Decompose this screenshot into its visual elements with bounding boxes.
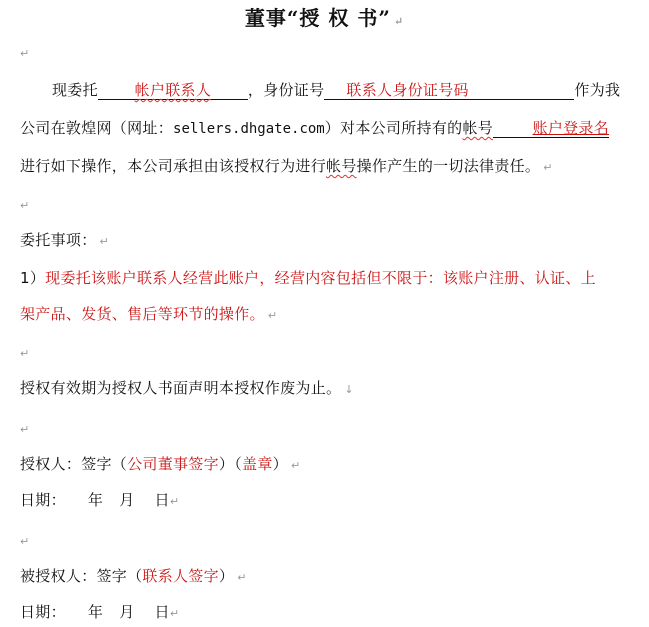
matters-item-line-1: 1）现委托该账户联系人经营此账户，经营内容包括但不限于：该账户注册、认证、上 [20,268,596,288]
grantor-date-line: 日期：年月日↵ [20,490,179,512]
paragraph-mark-icon: ↵ [543,161,553,174]
paragraph-mark-icon: ↵ [20,47,30,60]
grantor-signature-field[interactable]: 公司董事签字 [127,455,219,473]
grantee-date-line: 日期：年月日↵ [20,602,179,624]
text: 现委托该账户联系人经营此账户，经营内容包括但不限于：该账户注册、认证、上 [45,269,596,287]
year-field[interactable]: 年 [88,603,103,621]
matters-heading: 委托事项：↵ [20,230,109,252]
paragraph-mark-icon: ↵ [170,607,180,620]
text: 授权人：签字（ [20,455,127,473]
account-name-field[interactable]: 账户登录名 [493,119,609,138]
matters-item-line-2: 架产品、发货、售后等环节的操作。↵ [20,304,277,326]
text: 帐号 [326,157,357,175]
month-field[interactable]: 月 [119,603,134,621]
paragraph-mark-icon: ↵ [237,571,247,584]
paragraph-mark-icon: ↵ [100,235,110,248]
empty-paragraph: ↵ [20,530,30,552]
text: 帐号 [462,119,493,137]
text: ） [219,567,234,585]
paragraph-mark-icon: ↵ [394,15,404,28]
contact-name-value: 帐户联系人 [135,81,212,99]
day-field[interactable]: 日 [155,491,170,509]
paragraph-mark-icon: ↵ [20,423,30,436]
document-title: 董事“授 权 书”↵ [0,4,649,36]
account-name-value: 账户登录名 [533,119,610,137]
year-field[interactable]: 年 [88,491,103,509]
id-number-value: 联系人身份证号码 [346,81,468,99]
text: 作为我 [574,81,620,99]
empty-paragraph: ↵ [20,194,30,216]
date-label: 日期： [20,491,66,509]
paragraph-mark-icon: ↵ [20,347,30,360]
url-text: sellers.dhgate.com [173,121,325,137]
month-field[interactable]: 月 [119,491,134,509]
text: ，身份证号 [248,81,325,99]
id-number-field[interactable]: 联系人身份证号码 [324,81,574,100]
item-number: 1） [20,269,45,287]
text: 被授权人：签字（ [20,567,142,585]
validity-text: 授权有效期为授权人书面声明本授权作废为止。↓ [20,378,354,400]
text: 现委托 [52,81,98,99]
text: ）对本公司所持有的 [325,119,463,137]
paragraph-mark-icon: ↵ [170,495,180,508]
text: ）（ [219,455,242,473]
date-label: 日期： [20,603,66,621]
grantee-signature-field[interactable]: 联系人签字 [142,567,219,585]
text: 委托事项： [20,231,97,249]
contact-name-field[interactable]: 帐户联系人 [98,81,248,100]
line-break-icon: ↓ [344,383,354,396]
paragraph-1-line-3: 进行如下操作，本公司承担由该授权行为进行帐号操作产生的一切法律责任。↵ [20,156,553,178]
paragraph-1-line-1: 现委托帐户联系人，身份证号联系人身份证号码作为我 [52,80,620,100]
title-text: 董事“授 权 书” [245,6,391,30]
paragraph-mark-icon: ↵ [20,535,30,548]
text: 架产品、发货、售后等环节的操作。 [20,305,265,323]
paragraph-mark-icon: ↵ [20,199,30,212]
grantor-signature-line: 授权人：签字（公司董事签字）（盖章）↵ [20,454,300,476]
empty-paragraph: ↵ [20,42,30,64]
empty-paragraph: ↵ [20,342,30,364]
paragraph-mark-icon: ↵ [291,459,301,472]
text: 操作产生的一切法律责任。 [357,157,541,175]
text: 授权有效期为授权人书面声明本授权作废为止。 [20,379,341,397]
text: ） [273,455,288,473]
grantor-seal-field[interactable]: 盖章 [242,455,273,473]
grantee-signature-line: 被授权人：签字（联系人签字）↵ [20,566,247,588]
paragraph-1-line-2: 公司在敦煌网（网址：sellers.dhgate.com）对本公司所持有的帐号账… [20,118,609,139]
day-field[interactable]: 日 [155,603,170,621]
text: 进行如下操作，本公司承担由该授权行为进行 [20,157,326,175]
text: 公司在敦煌网（网址： [20,119,173,137]
empty-paragraph: ↵ [20,418,30,440]
paragraph-mark-icon: ↵ [268,309,278,322]
